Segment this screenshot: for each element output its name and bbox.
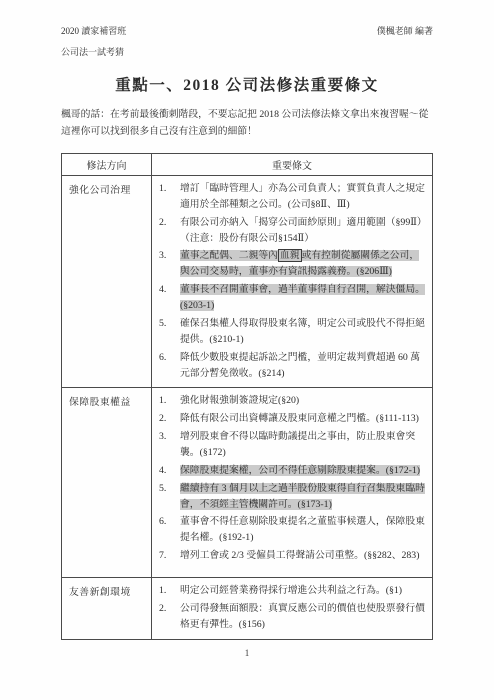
provision-item-text: 董事長不召開董事會，過半董事得自行召開，解決僵局。(§203-1) — [180, 282, 427, 314]
header-author: 僕楓老師 編著 — [377, 26, 433, 37]
provisions-cell: 1.明定公司經營業務得採行增進公共利益之行為。(§1)2.公司得發無面額股：真實… — [152, 578, 433, 640]
provision-item-text: 增列股東會不得以臨時動議提出之事由，防止股東會突襲。(§172) — [180, 429, 427, 461]
provision-item: 7.增列工會或 2/3 受僱員工得聲請公司重整。(§§282、283) — [159, 548, 427, 564]
provision-item-number: 7. — [159, 548, 180, 564]
provision-item: 3.增列股東會不得以臨時動議提出之事由，防止股東會突襲。(§172) — [159, 429, 427, 461]
provision-item-number: 6. — [159, 350, 180, 382]
table-header-row: 修法方向 重要條文 — [62, 154, 433, 176]
provision-item-number: 1. — [159, 181, 180, 213]
provision-item-number: 2. — [159, 411, 180, 427]
provision-item-text: 繼續持有 3 個月以上之過半股份股東得自行召集股東臨時會，不須經主管機關許可。(… — [180, 481, 427, 513]
direction-cell: 保障股東權益 — [62, 388, 152, 578]
page-number: 1 — [0, 648, 494, 658]
provision-item-number: 5. — [159, 316, 180, 348]
provision-item-text: 公司得發無面額股：真實反應公司的價值也使股票發行價格更有彈性。(§156) — [180, 601, 427, 633]
provision-item-number: 4. — [159, 282, 180, 314]
provision-item: 1.強化財報強制簽證規定(§20) — [159, 393, 427, 409]
header-subject: 公司法一試考猜 — [61, 45, 433, 58]
provision-item-text: 強化財報強制簽證規定(§20) — [180, 393, 427, 409]
provision-item: 1.增訂「臨時管理人」亦為公司負責人；實質負責人之規定適用於全部種類之公司。(公… — [159, 181, 427, 213]
provision-item-number: 3. — [159, 248, 180, 280]
table-row: 強化公司治理1.增訂「臨時管理人」亦為公司負責人；實質負責人之規定適用於全部種類… — [62, 176, 433, 388]
provision-item-number: 1. — [159, 583, 180, 599]
column-header-direction: 修法方向 — [62, 154, 152, 176]
provision-item-text: 增訂「臨時管理人」亦為公司負責人；實質負責人之規定適用於全部種類之公司。(公司§… — [180, 181, 427, 213]
direction-cell: 友善新創環境 — [62, 578, 152, 640]
provision-item: 4.保障股東提案權，公司不得任意剔除股東提案。(§172-1) — [159, 463, 427, 479]
provision-item: 2.有限公司亦納入「揭穿公司面紗原則」適用範圍（§99Ⅱ）（注意：股份有限公司§… — [159, 215, 427, 247]
boxed-term: 血親 — [278, 249, 302, 262]
provision-item: 4.董事長不召開董事會，過半董事得自行召開，解決僵局。(§203-1) — [159, 282, 427, 314]
provisions-cell: 1.強化財報強制簽證規定(§20)2.降低有限公司出資轉讓及股東同意權之門檻。(… — [152, 388, 433, 578]
provision-item-number: 4. — [159, 463, 180, 479]
provision-item-text: 有限公司亦納入「揭穿公司面紗原則」適用範圍（§99Ⅱ）（注意：股份有限公司§15… — [180, 215, 427, 247]
provision-item: 5.確保召集權人得取得股東名簿，明定公司或股代不得拒絕提供。(§210-1) — [159, 316, 427, 348]
direction-cell: 強化公司治理 — [62, 176, 152, 388]
provision-item-text: 確保召集權人得取得股東名簿，明定公司或股代不得拒絕提供。(§210-1) — [180, 316, 427, 348]
provision-item-text: 董事之配偶、二親等內血親或有控制從屬關係之公司，與公司交易時，董事亦有資訊揭露義… — [180, 248, 427, 280]
table-row: 友善新創環境1.明定公司經營業務得採行增進公共利益之行為。(§1)2.公司得發無… — [62, 578, 433, 640]
law-amendments-table: 修法方向 重要條文 強化公司治理1.增訂「臨時管理人」亦為公司負責人；實質負責人… — [61, 153, 433, 640]
provision-item: 3.董事之配偶、二親等內血親或有控制從屬關係之公司，與公司交易時，董事亦有資訊揭… — [159, 248, 427, 280]
document-page: 2020 讀家補習班 僕楓老師 編著 公司法一試考猜 重點一、2018 公司法修… — [0, 0, 494, 700]
provision-item-text: 明定公司經營業務得採行增進公共利益之行為。(§1) — [180, 583, 427, 599]
provision-item-number: 3. — [159, 429, 180, 461]
provision-item-number: 6. — [159, 514, 180, 546]
intro-paragraph: 楓哥的話：在考前最後衝刺階段，不要忘記把 2018 公司法修法條文拿出來複習喔～… — [61, 106, 433, 141]
provision-item: 6.董事會不得任意剔除股東提名之董監事候選人，保障股東提名權。(§192-1) — [159, 514, 427, 546]
law-table-body: 強化公司治理1.增訂「臨時管理人」亦為公司負責人；實質負責人之規定適用於全部種類… — [62, 176, 433, 640]
provision-item-text: 保障股東提案權，公司不得任意剔除股東提案。(§172-1) — [180, 463, 427, 479]
provision-item-number: 2. — [159, 601, 180, 633]
provision-item: 1.明定公司經營業務得採行增進公共利益之行為。(§1) — [159, 583, 427, 599]
provision-item-text: 董事會不得任意剔除股東提名之董監事候選人，保障股東提名權。(§192-1) — [180, 514, 427, 546]
provision-item-text: 降低有限公司出資轉讓及股東同意權之門檻。(§111-113) — [180, 411, 427, 427]
provision-item-number: 2. — [159, 215, 180, 247]
provision-item: 2.公司得發無面額股：真實反應公司的價值也使股票發行價格更有彈性。(§156) — [159, 601, 427, 633]
provision-item-text: 降低少數股東提起訴訟之門檻，並明定裁判費超過 60 萬元部分暫免徵收。(§214… — [180, 350, 427, 382]
provision-item: 6.降低少數股東提起訴訟之門檻，並明定裁判費超過 60 萬元部分暫免徵收。(§2… — [159, 350, 427, 382]
page-header: 2020 讀家補習班 僕楓老師 編著 — [61, 26, 433, 37]
provision-item: 2.降低有限公司出資轉讓及股東同意權之門檻。(§111-113) — [159, 411, 427, 427]
provisions-cell: 1.增訂「臨時管理人」亦為公司負責人；實質負責人之規定適用於全部種類之公司。(公… — [152, 176, 433, 388]
provision-item-number: 1. — [159, 393, 180, 409]
provision-item: 5.繼續持有 3 個月以上之過半股份股東得自行召集股東臨時會，不須經主管機關許可… — [159, 481, 427, 513]
column-header-provisions: 重要條文 — [152, 154, 433, 176]
table-row: 保障股東權益1.強化財報強制簽證規定(§20)2.降低有限公司出資轉讓及股東同意… — [62, 388, 433, 578]
provision-item-number: 5. — [159, 481, 180, 513]
provision-item-text: 增列工會或 2/3 受僱員工得聲請公司重整。(§§282、283) — [180, 548, 427, 564]
page-title: 重點一、2018 公司法修法重要條文 — [61, 73, 433, 95]
header-school: 2020 讀家補習班 — [61, 26, 126, 37]
